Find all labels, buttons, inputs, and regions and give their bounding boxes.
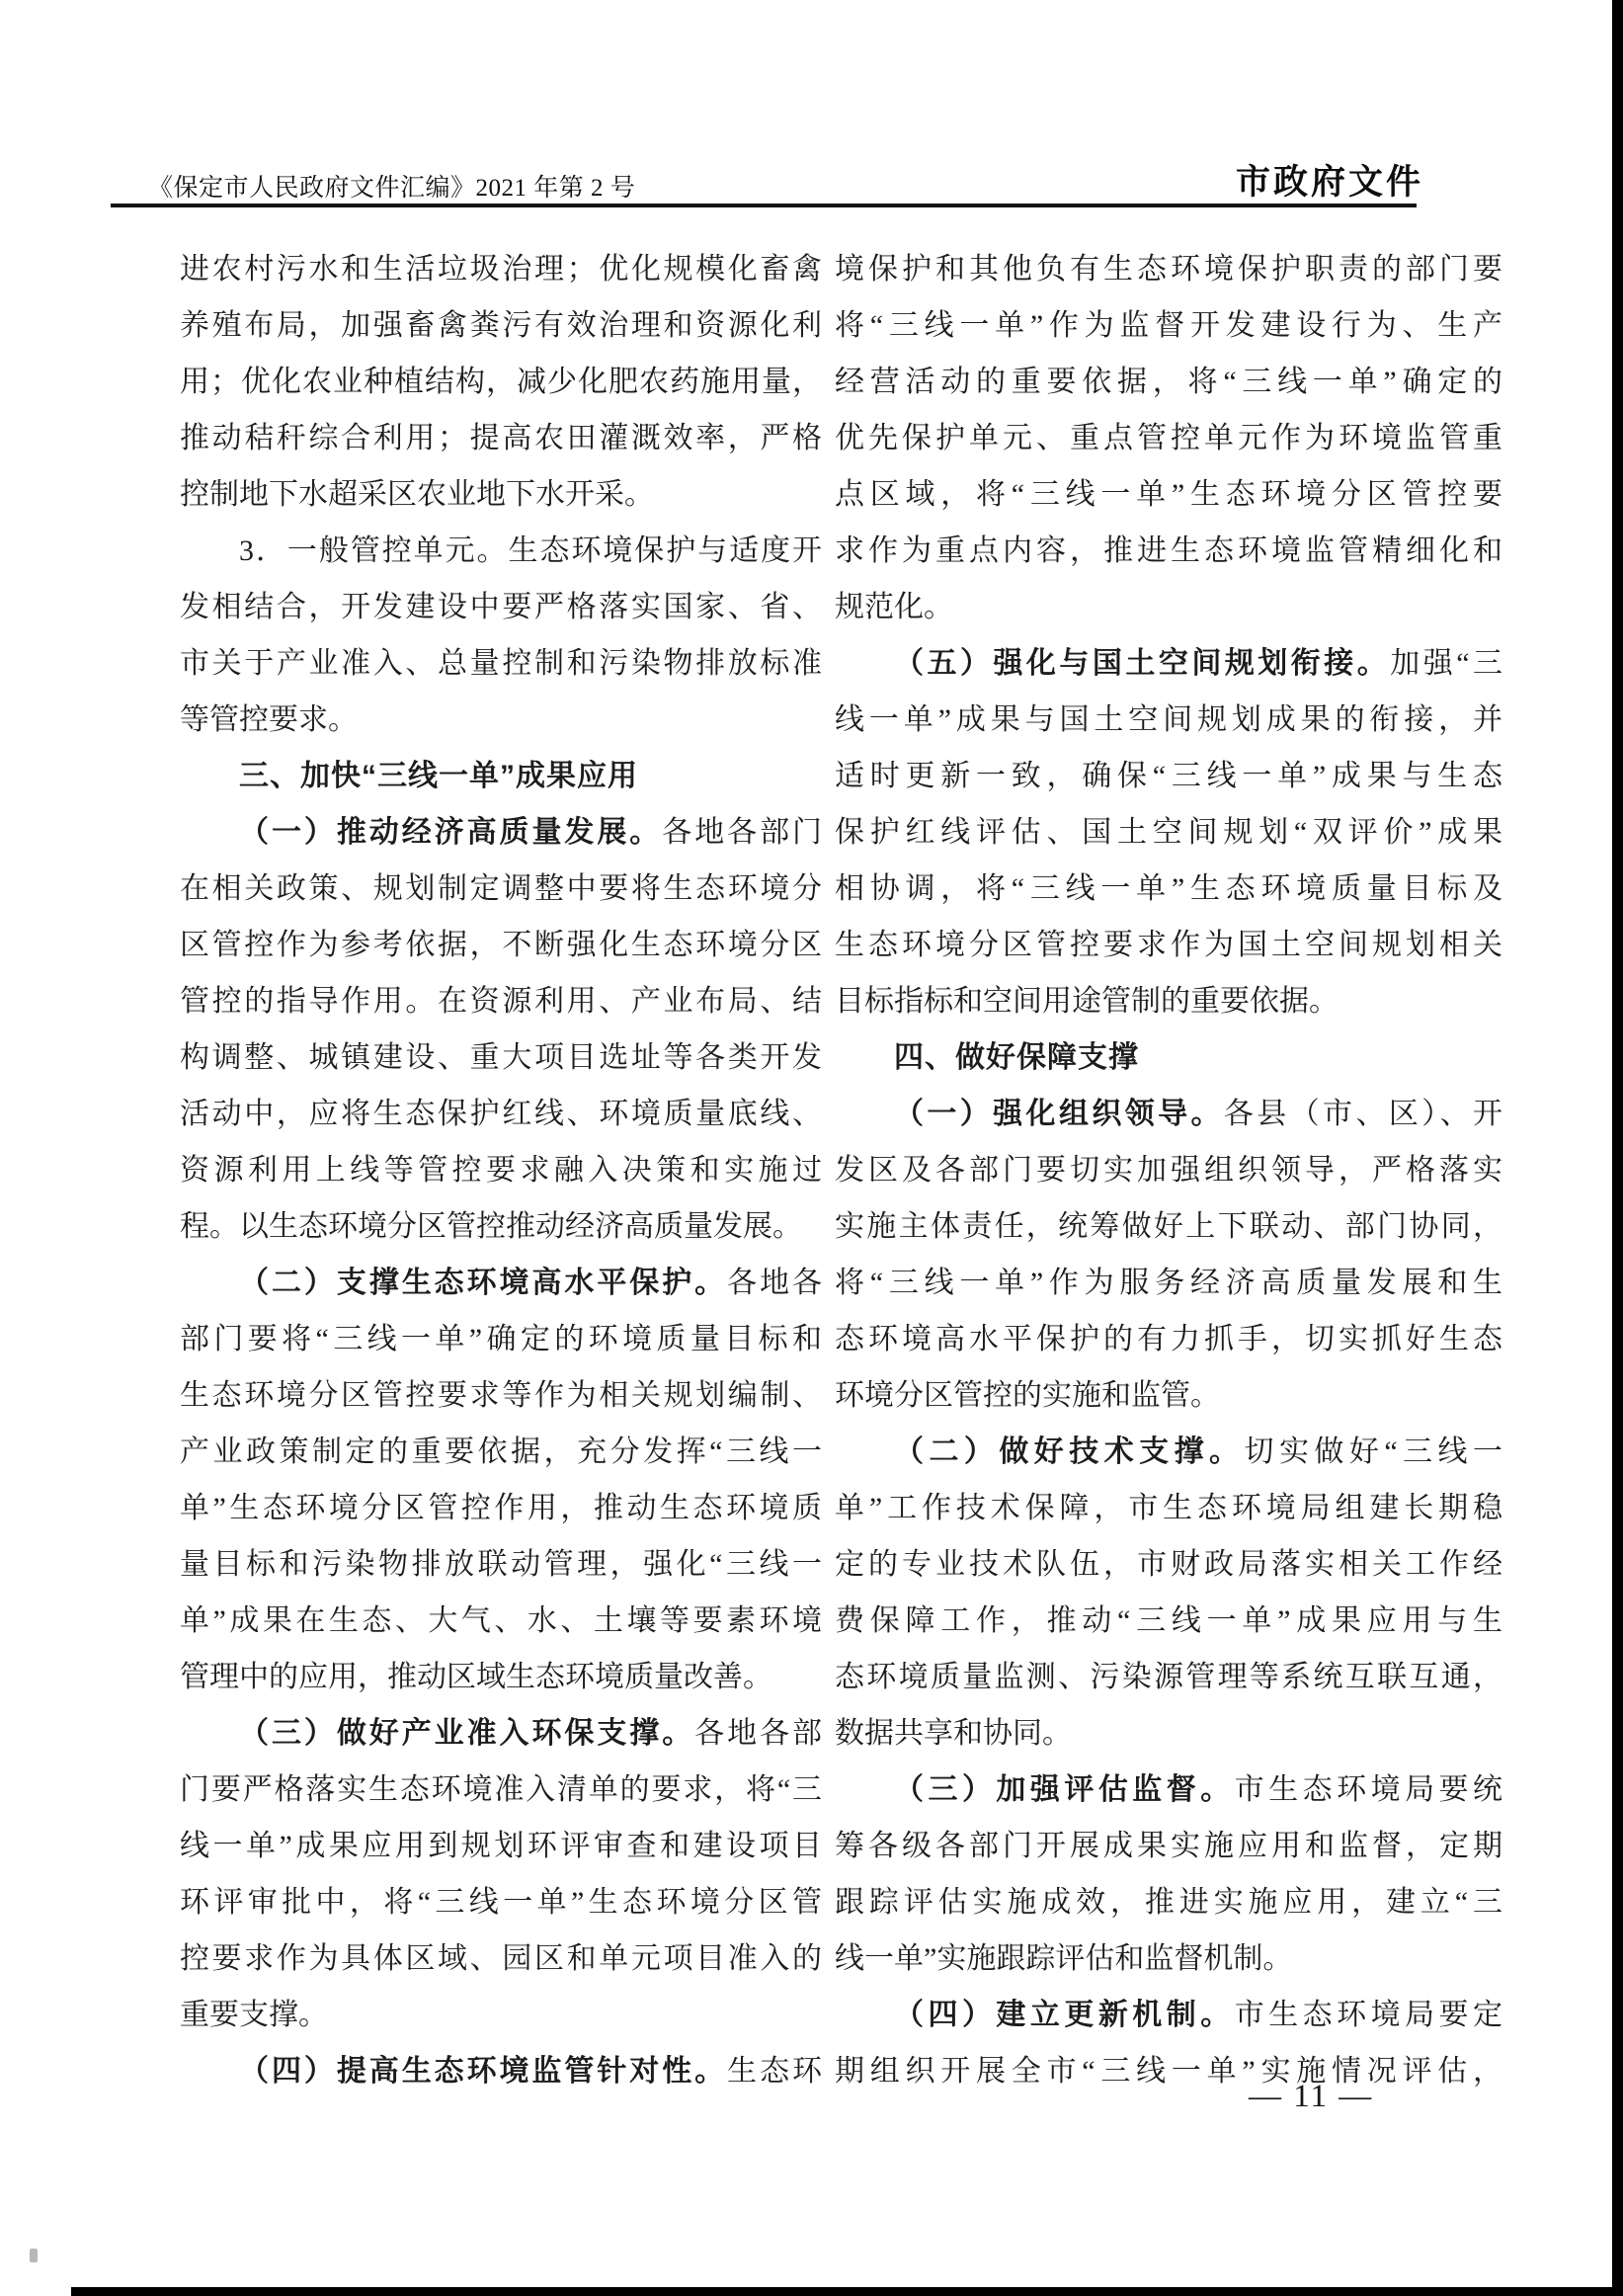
text-line: 产业政策制定的重要依据，充分发挥“三线一	[180, 1424, 822, 1480]
text-line: 点区域，将“三线一单”生态环境分区管控要	[835, 466, 1502, 523]
text-line: 活动中，应将生态保护红线、环境质量底线、	[180, 1086, 822, 1142]
paragraph: （三）做好产业准入环保支撑。各地各部门要严格落实生态环境准入清单的要求，将“三线…	[180, 1705, 822, 2043]
text-line: （四）建立更新机制。市生态环境局要定	[835, 1987, 1502, 2043]
text-line: 经营活动的重要依据，将“三线一单”确定的	[835, 354, 1502, 410]
text-line: （三）加强评估监督。市生态环境局要统	[835, 1762, 1502, 1818]
text-line: 将“三线一单”作为监督开发建设行为、生产	[835, 297, 1502, 354]
text-line: 线一单”成果应用到规划环评审查和建设项目	[180, 1818, 822, 1874]
text-line: 生态环境分区管控要求作为国土空间规划相关	[835, 917, 1502, 973]
paragraph: （二）做好技术支撑。切实做好“三线一单”工作技术保障，市生态环境局组建长期稳定的…	[835, 1424, 1502, 1762]
text-line: 环评审批中，将“三线一单”生态环境分区管	[180, 1874, 822, 1930]
text-line: 线一单”实施跟踪评估和监督机制。	[835, 1930, 1502, 1987]
text-line: 构调整、城镇建设、重大项目选址等各类开发	[180, 1029, 822, 1086]
paragraph: （一）强化组织领导。各县（市、区）、开发区及各部门要切实加强组织领导，严格落实实…	[835, 1086, 1502, 1424]
text-line: 目标指标和空间用途管制的重要依据。	[835, 973, 1502, 1029]
item-title: （二）做好技术支撑。	[894, 1435, 1245, 1468]
text-line: 管理中的应用，推动区域生态环境质量改善。	[180, 1649, 822, 1705]
text-line: 将“三线一单”作为服务经济高质量发展和生	[835, 1255, 1502, 1311]
text-line: 用；优化农业种植结构，减少化肥农药施用量，	[180, 354, 822, 410]
paragraph: （四）提高生态环境监管针对性。生态环	[180, 2043, 822, 2099]
paragraph: （二）支撑生态环境高水平保护。各地各部门要将“三线一单”确定的环境质量目标和生态…	[180, 1255, 822, 1705]
item-title: （三）加强评估监督。	[894, 1773, 1235, 1806]
text-line: （二）做好技术支撑。切实做好“三线一	[835, 1424, 1502, 1480]
text-line: 适时更新一致，确保“三线一单”成果与生态	[835, 748, 1502, 804]
text-line: 程。以生态环境分区管控推动经济高质量发展。	[180, 1198, 822, 1255]
text-column-left: 进农村污水和生活垃圾治理；优化规模化畜禽养殖布局，加强畜禽粪污有效治理和资源化利…	[180, 241, 822, 2099]
item-title: （二）支撑生态环境高水平保护。	[239, 1267, 727, 1299]
header-compilation-title: 《保定市人民政府文件汇编》2021 年第 2 号	[148, 168, 635, 204]
text-line: 期组织开展全市“三线一单”实施情况评估，	[835, 2043, 1502, 2099]
text-line: 费保障工作，推动“三线一单”成果应用与生	[835, 1593, 1502, 1649]
text-line: 部门要将“三线一单”确定的环境质量目标和	[180, 1311, 822, 1367]
text-line: 优先保护单元、重点管控单元作为环境监管重	[835, 410, 1502, 466]
text-line: 实施主体责任，统筹做好上下联动、部门协同，	[835, 1198, 1502, 1255]
text-line: 态环境高水平保护的有力抓手，切实抓好生态	[835, 1311, 1502, 1367]
text-line: 门要严格落实生态环境准入清单的要求，将“三	[180, 1762, 822, 1818]
item-title: （四）提高生态环境监管针对性。	[239, 2055, 727, 2088]
scan-speck	[30, 2249, 38, 2262]
text-line: 跟踪评估实施成效，推进实施应用，建立“三	[835, 1874, 1502, 1930]
text-line: 规范化。	[835, 579, 1502, 635]
item-title: （一）推动经济高质量发展。	[239, 816, 662, 849]
text-line: 单”成果在生态、大气、水、土壤等要素环境	[180, 1593, 822, 1649]
document-page: 《保定市人民政府文件汇编》2021 年第 2 号 市政府文件 进农村污水和生活垃…	[0, 0, 1623, 2296]
scan-edge-right	[1612, 0, 1623, 2296]
text-line: 重要支撑。	[180, 1987, 822, 2043]
header-rule	[111, 204, 1417, 207]
text-line: 单”生态环境分区管控作用，推动生态环境质	[180, 1480, 822, 1536]
text-line: 在相关政策、规划制定调整中要将生态环境分	[180, 861, 822, 917]
text-line: 数据共享和协同。	[835, 1705, 1502, 1762]
text-line: 资源利用上线等管控要求融入决策和实施过	[180, 1142, 822, 1198]
item-title: （四）建立更新机制。	[894, 1999, 1235, 2031]
text-line: 线一单”成果与国土空间规划成果的衔接，并	[835, 692, 1502, 748]
text-line: 区管控作为参考依据，不断强化生态环境分区	[180, 917, 822, 973]
text-line: 推动秸秆综合利用；提高农田灌溉效率，严格	[180, 410, 822, 466]
text-line: 保护红线评估、国土空间规划“双评价”成果	[835, 804, 1502, 861]
scan-edge-bottom	[71, 2287, 1623, 2296]
text-line: 市关于产业准入、总量控制和污染物排放标准	[180, 635, 822, 692]
text-line: 筹各级各部门开展成果实施应用和监督，定期	[835, 1818, 1502, 1874]
text-line: （一）强化组织领导。各县（市、区）、开	[835, 1086, 1502, 1142]
paragraph: （三）加强评估监督。市生态环境局要统筹各级各部门开展成果实施应用和监督，定期跟踪…	[835, 1762, 1502, 1987]
text-line: 三、加快“三线一单”成果应用	[180, 748, 822, 804]
text-column-right: 境保护和其他负有生态环境保护职责的部门要将“三线一单”作为监督开发建设行为、生产…	[835, 241, 1502, 2099]
text-line: 发相结合，开发建设中要严格落实国家、省、	[180, 579, 822, 635]
item-title: （一）强化组织领导。	[894, 1098, 1224, 1130]
paragraph: 境保护和其他负有生态环境保护职责的部门要将“三线一单”作为监督开发建设行为、生产…	[835, 241, 1502, 635]
item-title: （三）做好产业准入环保支撑。	[239, 1717, 694, 1750]
text-line: 环境分区管控的实施和监管。	[835, 1367, 1502, 1424]
text-line: 养殖布局，加强畜禽粪污有效治理和资源化利	[180, 297, 822, 354]
text-line: 相协调，将“三线一单”生态环境质量目标及	[835, 861, 1502, 917]
page-number: — 11 —	[1249, 2079, 1373, 2115]
text-line: 量目标和污染物排放联动管理，强化“三线一	[180, 1536, 822, 1593]
text-line: 态环境质量监测、污染源管理等系统互联互通，	[835, 1649, 1502, 1705]
text-line: 3．一般管控单元。生态环境保护与适度开	[180, 523, 822, 579]
text-line: 进农村污水和生活垃圾治理；优化规模化畜禽	[180, 241, 822, 297]
section-heading: 四、做好保障支撑	[835, 1029, 1502, 1086]
section-heading: 三、加快“三线一单”成果应用	[180, 748, 822, 804]
text-line: 等管控要求。	[180, 692, 822, 748]
paragraph: （一）推动经济高质量发展。各地各部门在相关政策、规划制定调整中要将生态环境分区管…	[180, 804, 822, 1255]
item-title: （五）强化与国土空间规划衔接。	[894, 647, 1390, 680]
text-line: （三）做好产业准入环保支撑。各地各部	[180, 1705, 822, 1762]
text-line: （一）推动经济高质量发展。各地各部门	[180, 804, 822, 861]
text-line: 定的专业技术队伍，市财政局落实相关工作经	[835, 1536, 1502, 1593]
header-doc-category: 市政府文件	[1236, 155, 1423, 205]
paragraph: 3．一般管控单元。生态环境保护与适度开发相结合，开发建设中要严格落实国家、省、市…	[180, 523, 822, 748]
text-line: 控制地下水超采区农业地下水开采。	[180, 466, 822, 523]
text-line: 求作为重点内容，推进生态环境监管精细化和	[835, 523, 1502, 579]
paragraph: （五）强化与国土空间规划衔接。加强“三线一单”成果与国土空间规划成果的衔接，并适…	[835, 635, 1502, 1029]
paragraph: （四）建立更新机制。市生态环境局要定期组织开展全市“三线一单”实施情况评估，	[835, 1987, 1502, 2099]
paragraph: 进农村污水和生活垃圾治理；优化规模化畜禽养殖布局，加强畜禽粪污有效治理和资源化利…	[180, 241, 822, 523]
text-line: 控要求作为具体区域、园区和单元项目准入的	[180, 1930, 822, 1987]
text-line: （二）支撑生态环境高水平保护。各地各	[180, 1255, 822, 1311]
text-line: 单”工作技术保障，市生态环境局组建长期稳	[835, 1480, 1502, 1536]
text-line: （四）提高生态环境监管针对性。生态环	[180, 2043, 822, 2099]
text-line: （五）强化与国土空间规划衔接。加强“三	[835, 635, 1502, 692]
text-line: 四、做好保障支撑	[835, 1029, 1502, 1086]
text-line: 生态环境分区管控要求等作为相关规划编制、	[180, 1367, 822, 1424]
text-line: 发区及各部门要切实加强组织领导，严格落实	[835, 1142, 1502, 1198]
text-line: 境保护和其他负有生态环境保护职责的部门要	[835, 241, 1502, 297]
text-line: 管控的指导作用。在资源利用、产业布局、结	[180, 973, 822, 1029]
